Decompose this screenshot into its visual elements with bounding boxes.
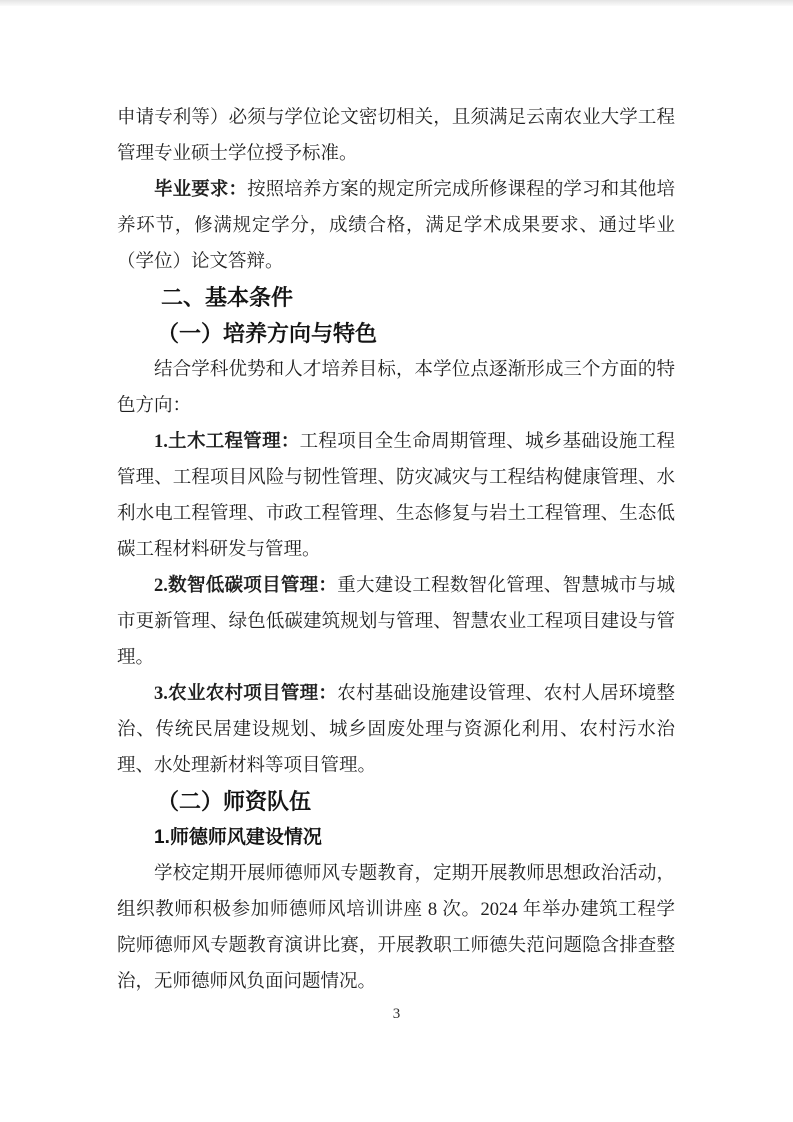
paragraph-teacher-ethics-detail: 学校定期开展师德师风专题教育，定期开展教师思想政治活动，组织教师积极参加师德师风… [117, 856, 675, 1000]
heading-training-directions: （一）培养方向与特色 [117, 316, 675, 352]
paragraph-directions-intro: 结合学科优势和人才培养目标，本学位点逐渐形成三个方面的特色方向： [117, 352, 675, 424]
heading-teacher-ethics: 1.师德师风建设情况 [117, 820, 675, 856]
graduation-requirements-label: 毕业要求： [154, 180, 247, 200]
document-page: 申请专利等）必须与学位论文密切相关，且须满足云南农业大学工程管理专业硕士学位授予… [0, 0, 793, 1122]
document-body: 申请专利等）必须与学位论文密切相关，且须满足云南农业大学工程管理专业硕士学位授予… [117, 100, 675, 1000]
digital-low-carbon-management-label: 2.数智低碳项目管理： [154, 576, 337, 596]
paragraph-agriculture-rural-management: 3.农业农村项目管理：农村基础设施建设管理、农村人居环境整治、传统民居建设规划、… [117, 676, 675, 784]
paragraph-text: 学校定期开展师德师风专题教育，定期开展教师思想政治活动，组织教师积极参加师德师风… [117, 864, 675, 992]
page-number: 3 [0, 1006, 793, 1023]
paragraph-continuation: 申请专利等）必须与学位论文密切相关，且须满足云南农业大学工程管理专业硕士学位授予… [117, 100, 675, 172]
paragraph-graduation-requirements: 毕业要求：按照培养方案的规定所完成所修课程的学习和其他培养环节，修满规定学分，成… [117, 172, 675, 280]
paragraph-text: 申请专利等）必须与学位论文密切相关，且须满足云南农业大学工程管理专业硕士学位授予… [117, 108, 675, 164]
paragraph-text: 结合学科优势和人才培养目标，本学位点逐渐形成三个方面的特色方向： [117, 360, 675, 416]
paragraph-civil-engineering-management: 1.土木工程管理：工程项目全生命周期管理、城乡基础设施工程管理、工程项目风险与韧… [117, 424, 675, 568]
paragraph-digital-low-carbon-management: 2.数智低碳项目管理：重大建设工程数智化管理、智慧城市与城市更新管理、绿色低碳建… [117, 568, 675, 676]
heading-faculty-team: （二）师资队伍 [117, 784, 675, 820]
heading-basic-conditions: 二、基本条件 [117, 280, 675, 316]
page-top-edge [0, 0, 793, 6]
agriculture-rural-management-label: 3.农业农村项目管理： [154, 684, 337, 704]
civil-engineering-management-label: 1.土木工程管理： [154, 432, 300, 452]
